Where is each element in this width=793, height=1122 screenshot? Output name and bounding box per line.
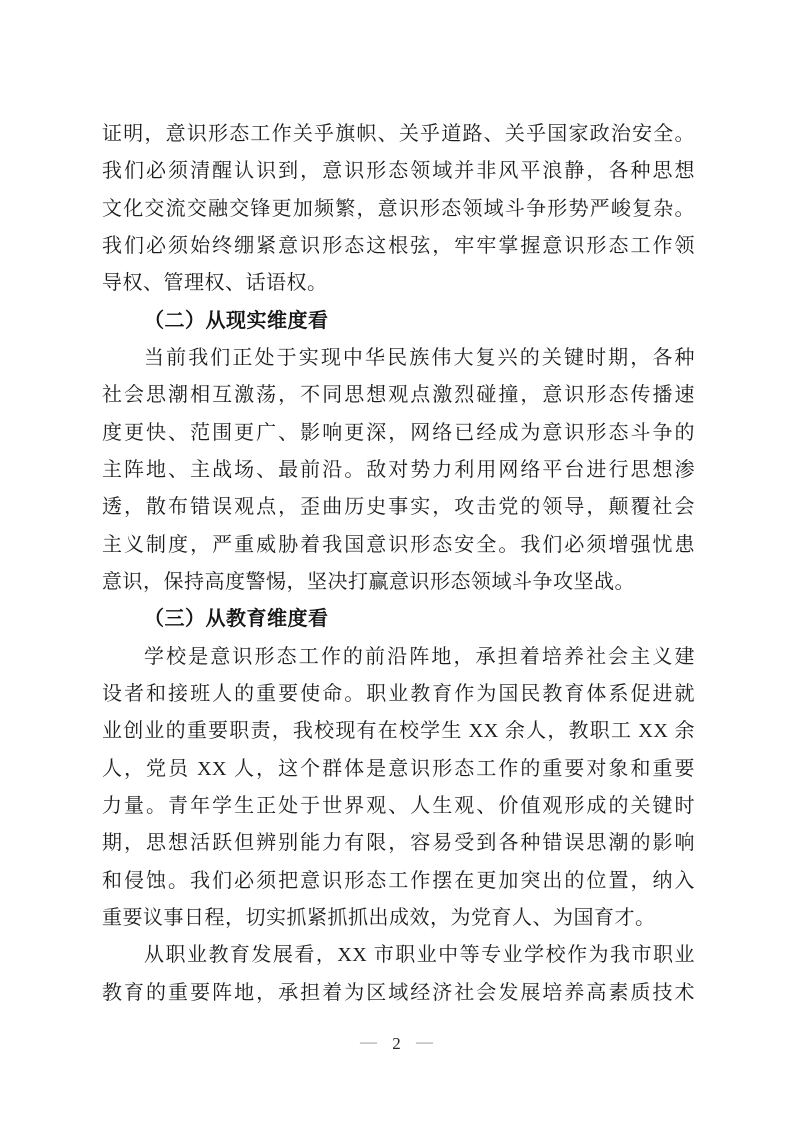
text-line: 意识，保持高度警惕，坚决打赢意识形态领域斗争攻坚战。 (102, 564, 695, 601)
text-line: 导权、管理权、话语权。 (102, 265, 695, 302)
text-line: 主阵地、主战场、最前沿。敌对势力利用网络平台进行思想渗 (102, 452, 695, 489)
text-line: 期，思想活跃但辨别能力有限，容易受到各种错误思潮的影响 (102, 825, 695, 862)
text-line: 和侵蚀。我们必须把意识形态工作摆在更加突出的位置，纳入 (102, 863, 695, 900)
text-line: 透，散布错误观点，歪曲历史事实，攻击党的领导，颠覆社会 (102, 489, 695, 526)
text-line: 度更快、范围更广、影响更深，网络已经成为意识形态斗争的 (102, 415, 695, 452)
text-line: 业创业的重要职责，我校现有在校学生 XX 余人，教职工 XX 余 (102, 713, 695, 750)
text-line: 我们必须始终绷紧意识形态这根弦，牢牢掌握意识形态工作领 (102, 228, 695, 265)
text-line: 主义制度，严重威胁着我国意识形态安全。我们必须增强忧患 (102, 527, 695, 564)
section-heading: （二）从现实维度看 (102, 303, 695, 340)
footer-dash-right: — (416, 1032, 433, 1051)
text-line: 当前我们正处于实现中华民族伟大复兴的关键时期，各种 (102, 340, 695, 377)
text-line: 力量。青年学生正处于世界观、人生观、价值观形成的关键时 (102, 788, 695, 825)
text-line: 教育的重要阵地，承担着为区域经济社会发展培养高素质技术 (102, 975, 695, 1012)
text-line: 设者和接班人的重要使命。职业教育作为国民教育体系促进就 (102, 676, 695, 713)
heading-text: （二）从现实维度看 (102, 303, 695, 340)
paragraph: 学校是意识形态工作的前沿阵地，承担着培养社会主义建 设者和接班人的重要使命。职业… (102, 639, 695, 938)
page-footer: — 2 — (0, 1031, 793, 1057)
text-line: 重要议事日程，切实抓紧抓抓出成效，为党育人、为国育才。 (102, 900, 695, 937)
paragraph: 证明，意识形态工作关乎旗帜、关乎道路、关乎国家政治安全。 我们必须清醒认识到，意… (102, 116, 695, 303)
text-line: 文化交流交融交锋更加频繁，意识形态领域斗争形势严峻复杂。 (102, 191, 695, 228)
text-line: 人，党员 XX 人，这个群体是意识形态工作的重要对象和重要 (102, 751, 695, 788)
page-number: 2 (392, 1034, 401, 1053)
footer-dash-left: — (360, 1032, 377, 1051)
paragraph: 从职业教育发展看，XX 市职业中等专业学校作为我市职业 教育的重要阵地，承担着为… (102, 937, 695, 1012)
heading-text: （三）从教育维度看 (102, 601, 695, 638)
document-body: 证明，意识形态工作关乎旗帜、关乎道路、关乎国家政治安全。 我们必须清醒认识到，意… (102, 116, 695, 1012)
text-line: 社会思潮相互激荡，不同思想观点激烈碰撞，意识形态传播速 (102, 377, 695, 414)
text-line: 学校是意识形态工作的前沿阵地，承担着培养社会主义建 (102, 639, 695, 676)
text-line: 证明，意识形态工作关乎旗帜、关乎道路、关乎国家政治安全。 (102, 116, 695, 153)
text-line: 我们必须清醒认识到，意识形态领域并非风平浪静，各种思想 (102, 153, 695, 190)
section-heading: （三）从教育维度看 (102, 601, 695, 638)
text-line: 从职业教育发展看，XX 市职业中等专业学校作为我市职业 (102, 937, 695, 974)
document-page: 证明，意识形态工作关乎旗帜、关乎道路、关乎国家政治安全。 我们必须清醒认识到，意… (0, 0, 793, 1122)
paragraph: 当前我们正处于实现中华民族伟大复兴的关键时期，各种 社会思潮相互激荡，不同思想观… (102, 340, 695, 601)
